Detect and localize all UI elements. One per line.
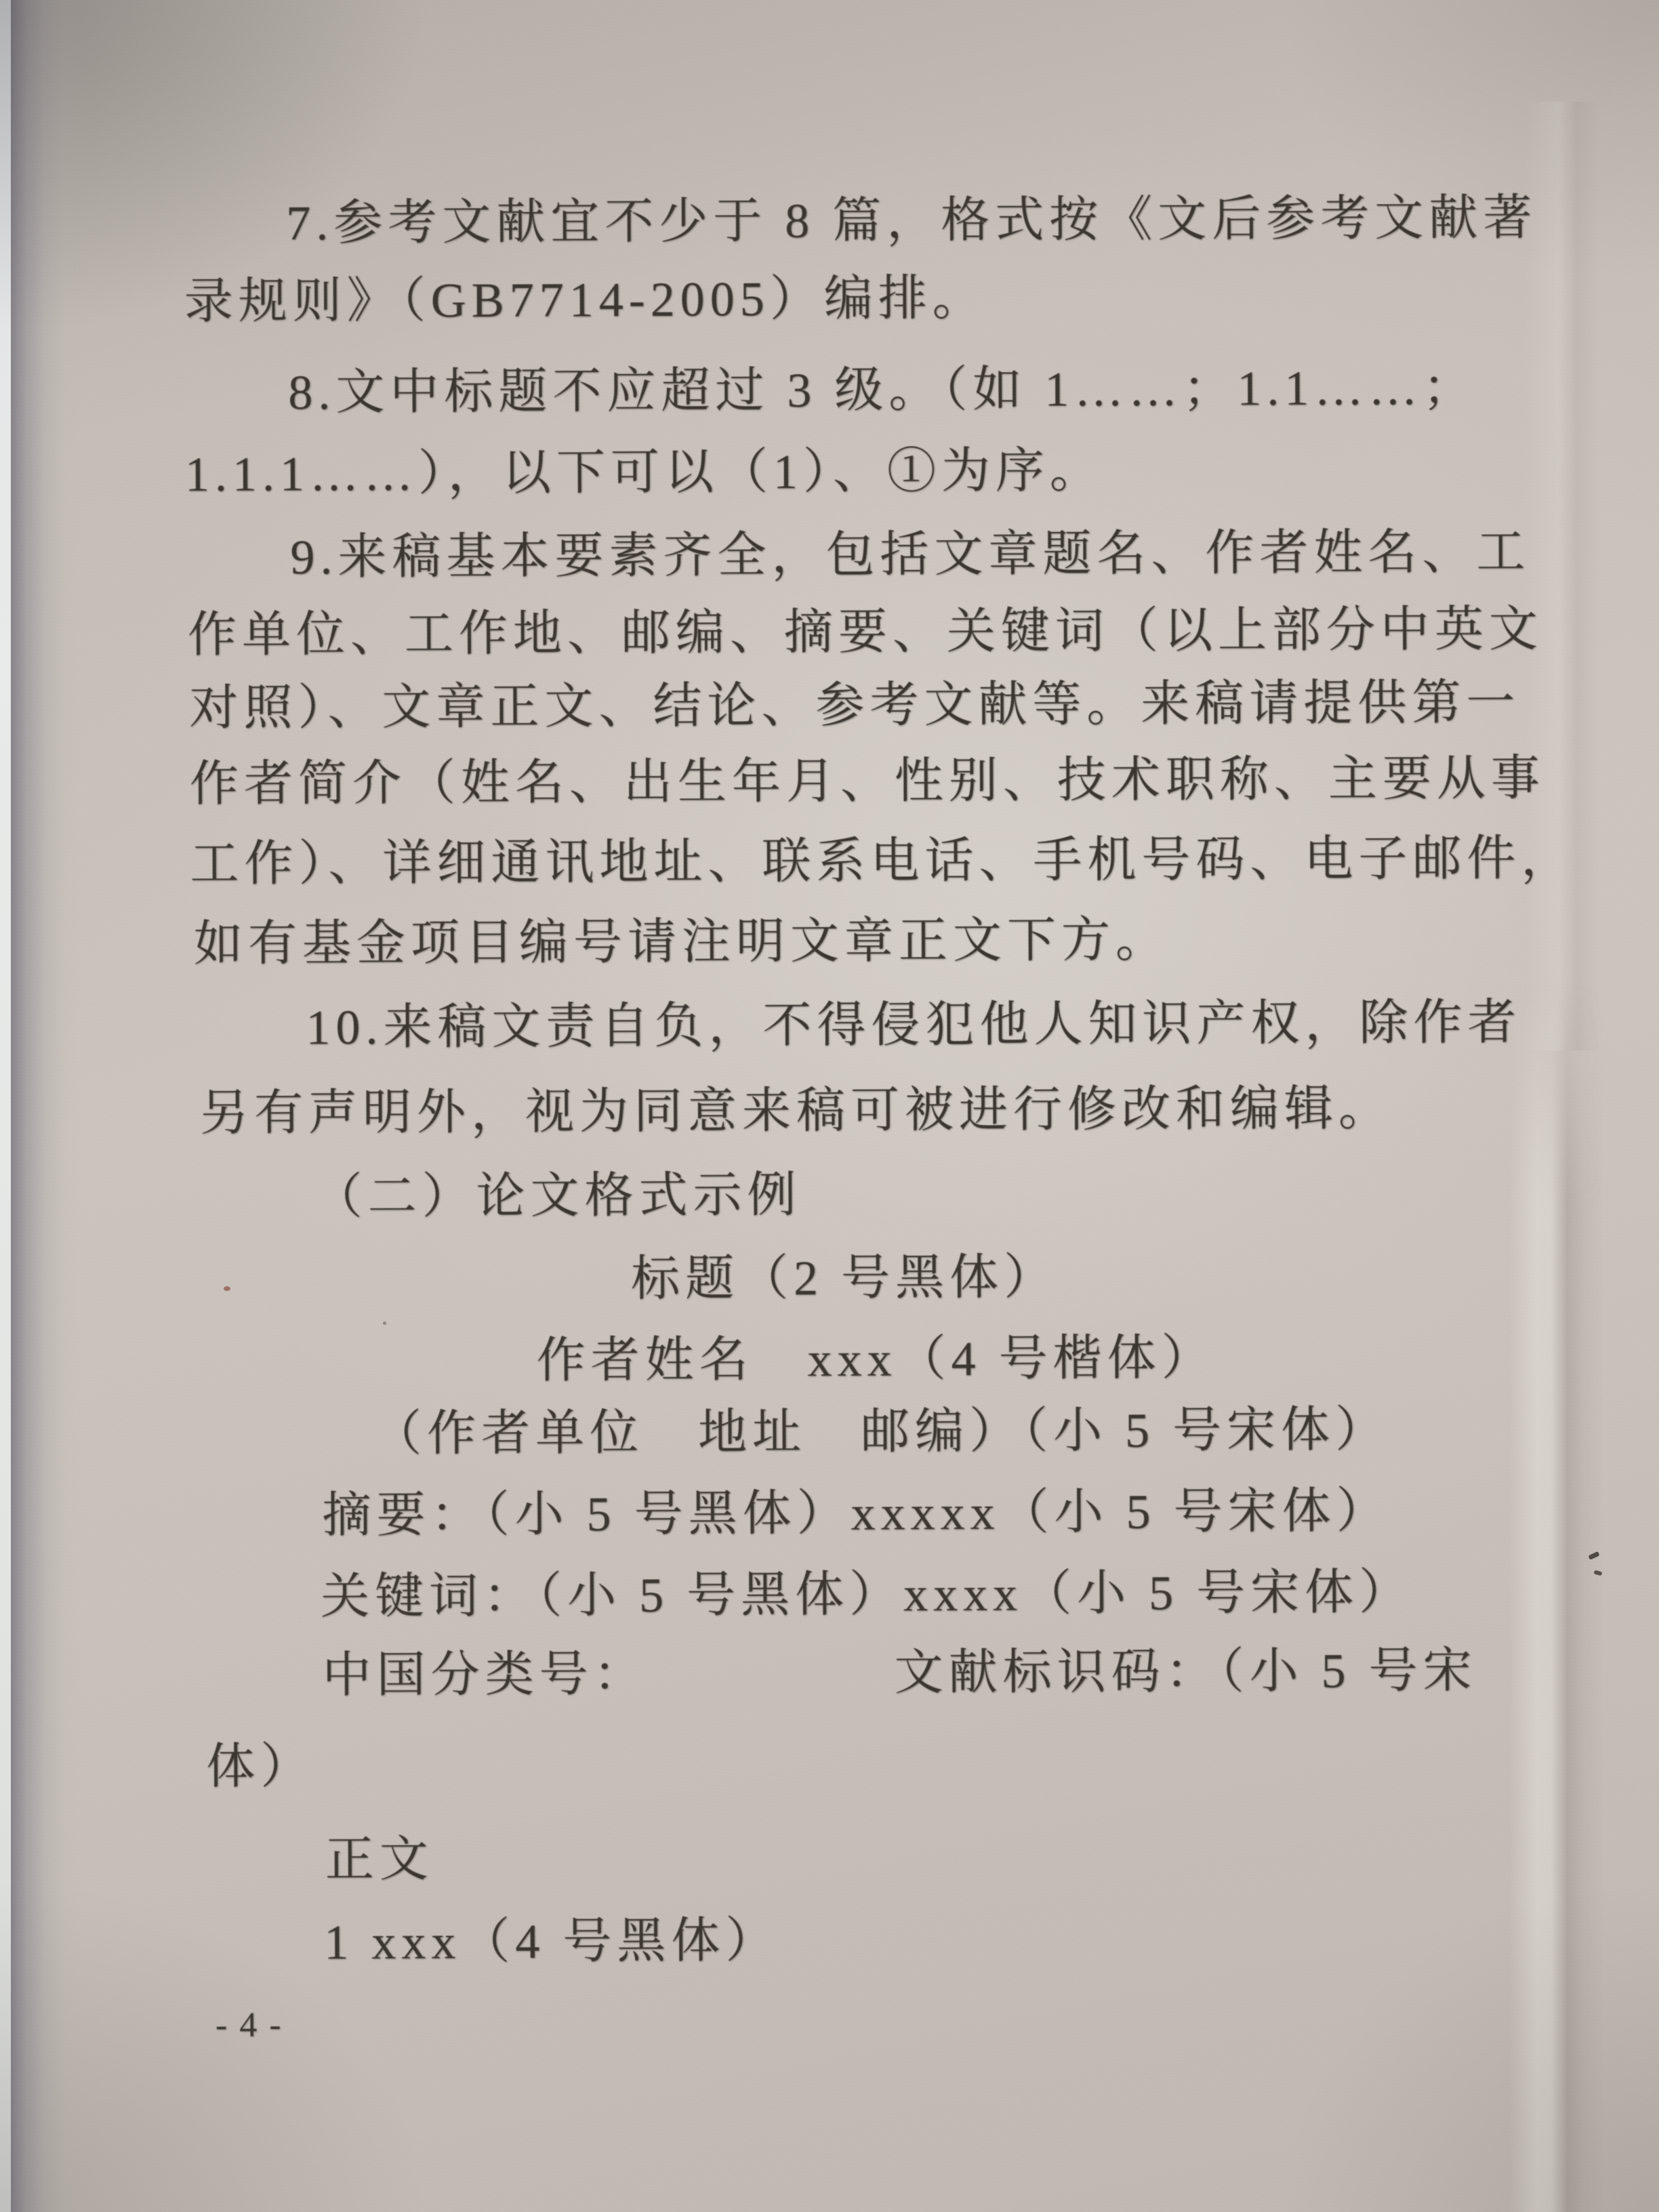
text-line: 10.来稿文责自负，不得侵犯他人知识产权，除作者 [306, 995, 1521, 1057]
paper-speck [383, 1322, 386, 1325]
text-line: 体） [206, 1738, 314, 1795]
text-line: 1.1.1……），以下可以（1）、①为序。 [185, 443, 1104, 503]
text-line: 正文 [325, 1832, 434, 1888]
text-line: 录规则》（GB7714-2005）编排。 [184, 270, 987, 330]
document-photo: 7.参考文献宜不少于 8 篇，格式按《文后参考文献著 录规则》（GB7714-2… [0, 0, 1659, 2212]
text-line: 如有基金项目编号请注明文章正文下方。 [194, 912, 1170, 972]
text-line: 作单位、工作地、邮编、摘要、关键词（以上部分中英文 [188, 601, 1543, 663]
document-text: 7.参考文献宜不少于 8 篇，格式按《文后参考文献著 录规则》（GB7714-2… [0, 0, 1659, 2212]
text-line: 1 xxx（4 号黑体） [324, 1912, 779, 1971]
text-line: 作者姓名 xxx（4 号楷体） [536, 1330, 1215, 1389]
text-line: 作者简介（姓名、出生年月、性别、技术职称、主要从事 [190, 750, 1545, 813]
text-line: （作者单位 地址 邮编）（小 5 号宋体） [373, 1401, 1389, 1462]
text-line: 7.参考文献宜不少于 8 篇，格式按《文后参考文献著 [286, 190, 1537, 251]
text-line: 关键词：（小 5 号黑体）xxxx（小 5 号宋体） [321, 1564, 1413, 1625]
text-line: 标题（2 号黑体） [631, 1250, 1058, 1308]
text-line: 对照）、文章正文、结论、参考文献等。来稿请提供第一 [189, 675, 1520, 737]
text-line: （二）论文格式示例 [313, 1167, 801, 1225]
red-speck [224, 1286, 230, 1291]
text-line: 中国分类号： 文献标识码：（小 5 号宋 [322, 1643, 1477, 1704]
text-line: 8.文中标题不应超过 3 级。（如 1……；1.1……； [288, 360, 1477, 421]
page-number: -4- [216, 2005, 293, 2045]
text-line: 摘要：（小 5 号黑体）xxxxx（小 5 号宋体） [322, 1483, 1390, 1544]
text-line: 9.来稿基本要素齐全，包括文章题名、作者姓名、工 [290, 524, 1530, 586]
text-line: 另有声明外，视为同意来稿可被进行修改和编辑。 [200, 1080, 1393, 1141]
text-line: 工作）、详细通讯地址、联系电话、手机号码、电子邮件， [190, 830, 1575, 893]
